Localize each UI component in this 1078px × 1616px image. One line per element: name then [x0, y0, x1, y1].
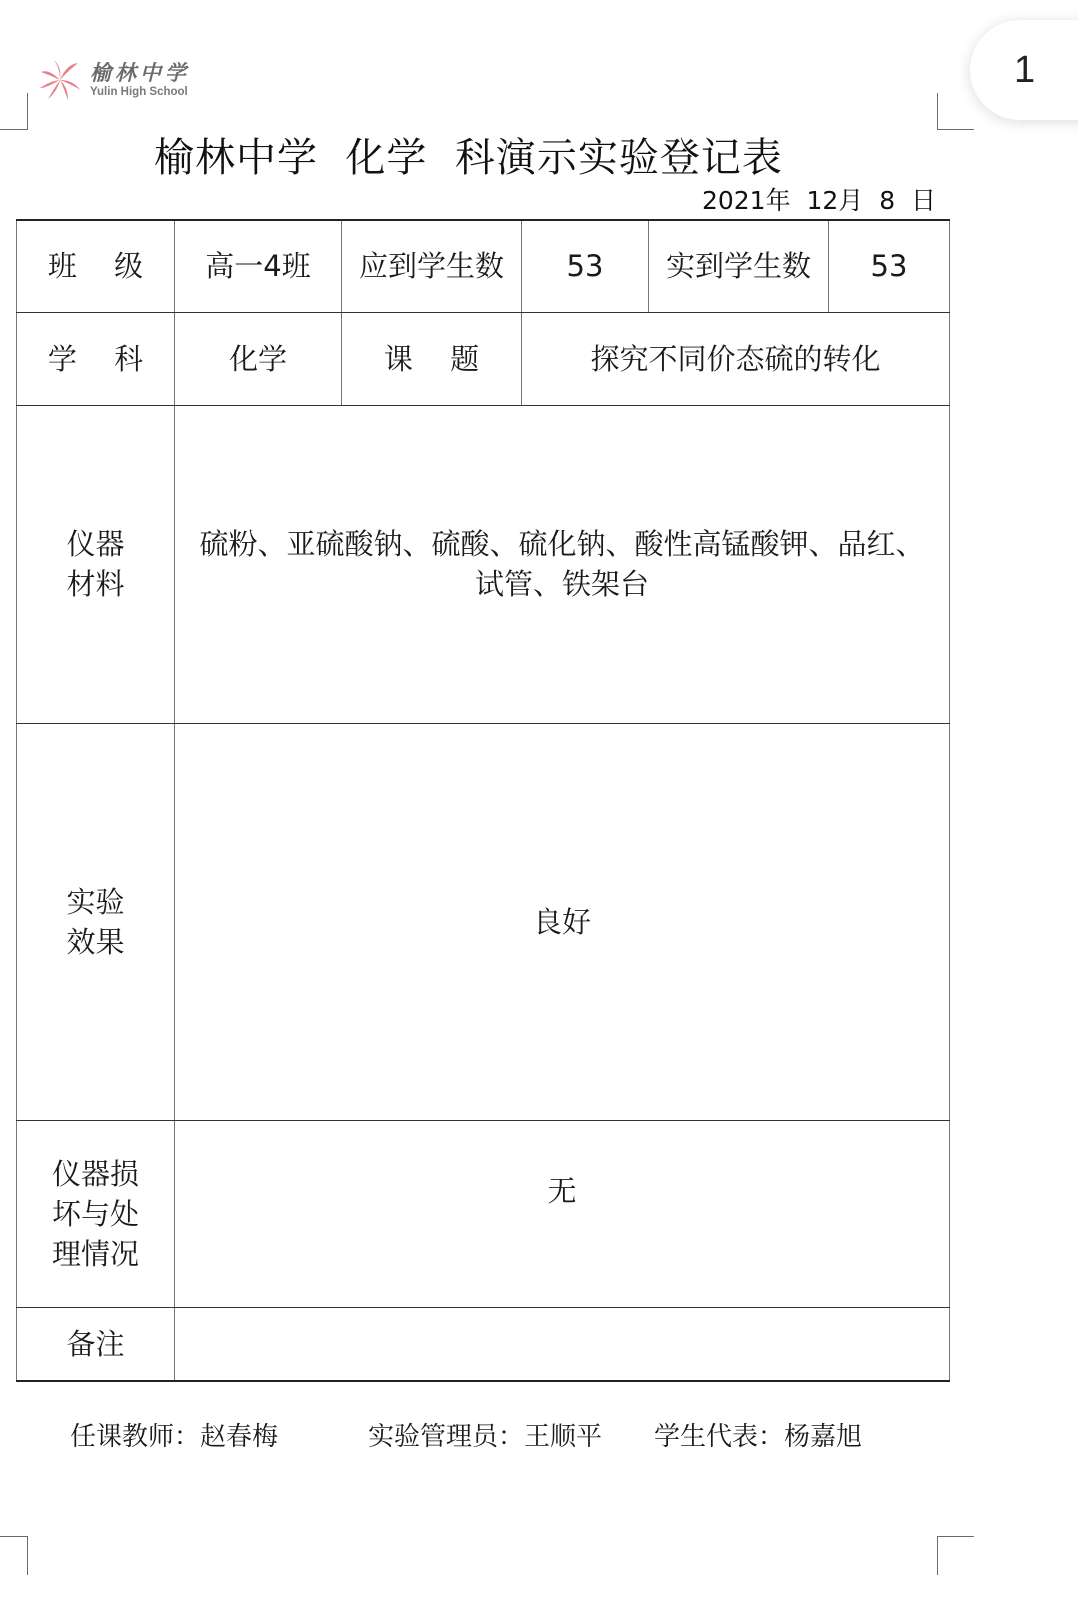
damage-label-line2: 坏与处: [17, 1194, 174, 1234]
teacher-signature: 任课教师：赵春梅: [70, 1416, 278, 1453]
signature-line: 任课教师：赵春梅 实验管理员：王顺平 学生代表：杨嘉旭: [70, 1416, 87, 1536]
topic-value[interactable]: 探究不同价态硫的转化: [522, 312, 950, 405]
effect-label: 实验 效果: [17, 723, 175, 1120]
remarks-label: 备注: [17, 1307, 175, 1381]
document-date: 2021年 12月 8 日: [702, 186, 936, 216]
actual-students-value[interactable]: 53: [829, 220, 950, 312]
table-row-materials: 仪器 材料 硫粉、亚硫酸钠、硫酸、硫化钠、酸性高锰酸钾、品红、试管、铁架台: [17, 405, 950, 723]
expected-students-label: 应到学生数: [342, 220, 522, 312]
materials-label: 仪器 材料: [17, 405, 175, 723]
materials-label-line2: 材料: [17, 564, 174, 604]
document-title: 榆林中学 化学 科演示实验登记表: [154, 132, 783, 184]
damage-label-line1: 仪器损: [17, 1154, 174, 1194]
crop-mark-bottom-right: [937, 1536, 974, 1575]
class-value[interactable]: 高一4班: [175, 220, 342, 312]
student-rep-signature: 学生代表：杨嘉旭: [654, 1416, 862, 1453]
crop-mark-top-left: [0, 93, 28, 130]
damage-label: 仪器损 坏与处 理情况: [17, 1120, 175, 1307]
table-row-class-info: 班 级 高一4班 应到学生数 53 实到学生数 53: [17, 220, 950, 312]
school-logo: 榆林中学 Yulin High School: [38, 58, 190, 102]
table-row-remarks: 备注: [17, 1307, 950, 1381]
subject-value[interactable]: 化学: [175, 312, 342, 405]
remarks-value[interactable]: [175, 1307, 950, 1381]
table-row-subject: 学 科 化学 课 题 探究不同价态硫的转化: [17, 312, 950, 405]
class-label: 班 级: [17, 220, 175, 312]
subject-label: 学 科: [17, 312, 175, 405]
page-number: 1: [1014, 49, 1035, 92]
expected-students-value[interactable]: 53: [522, 220, 649, 312]
logo-name-cn: 榆林中学: [90, 61, 190, 85]
effect-label-line1: 实验: [17, 882, 174, 922]
materials-value[interactable]: 硫粉、亚硫酸钠、硫酸、硫化钠、酸性高锰酸钾、品红、试管、铁架台: [175, 405, 950, 723]
effect-label-line2: 效果: [17, 922, 174, 962]
effect-value[interactable]: 良好: [175, 723, 950, 1120]
topic-label: 课 题: [342, 312, 522, 405]
experiment-record-table: 班 级 高一4班 应到学生数 53 实到学生数 53 学 科 化学 课 题 探究…: [16, 219, 950, 1382]
actual-students-label: 实到学生数: [649, 220, 829, 312]
materials-label-line1: 仪器: [17, 524, 174, 564]
table-row-damage: 仪器损 坏与处 理情况 无: [17, 1120, 950, 1307]
crop-mark-top-right: [937, 93, 974, 130]
pinwheel-logo-icon: [38, 58, 82, 102]
crop-mark-bottom-left: [0, 1536, 28, 1575]
damage-value[interactable]: 无: [175, 1120, 950, 1307]
page-number-badge[interactable]: 1: [970, 20, 1078, 120]
logo-name-en: Yulin High School: [90, 85, 190, 99]
table-row-effect: 实验 效果 良好: [17, 723, 950, 1120]
damage-label-line3: 理情况: [17, 1234, 174, 1274]
lab-admin-signature: 实验管理员：王顺平: [368, 1416, 602, 1453]
